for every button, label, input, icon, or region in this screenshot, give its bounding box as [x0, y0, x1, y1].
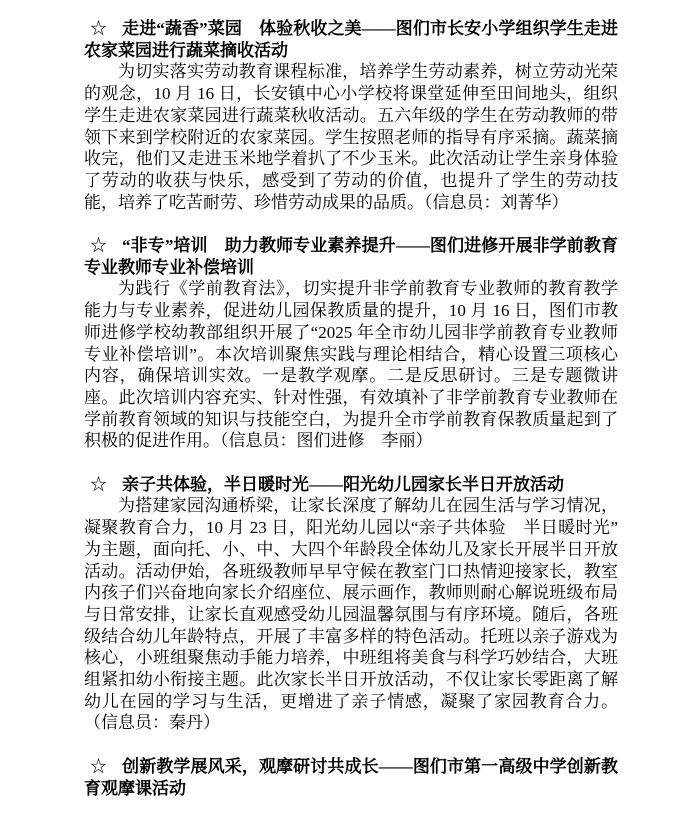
news-article-4: ☆创新教学展风采，观摩研讨共成长——图们市第一高级中学创新教育观摩课活动	[84, 756, 618, 799]
headline-text: “非专”培训 助力教师专业素养提升——图们进修开展非学前教育专业教师专业补偿培训	[84, 236, 618, 277]
article-body: 为搭建家园沟通桥梁，让家长深度了解幼儿在园生活与学习情况，凝聚教育合力，10 月…	[84, 495, 618, 734]
headline-text: 走进“蔬香”菜园 体验秋收之美——图们市长安小学组织学生走进农家菜园进行蔬菜摘收…	[84, 19, 618, 60]
article-headline: ☆走进“蔬香”菜园 体验秋收之美——图们市长安小学组织学生走进农家菜园进行蔬菜摘…	[84, 18, 618, 61]
article-body: 为切实落实劳动教育课程标准，培养学生劳动素养，树立劳动光荣的观念，10 月 16…	[84, 61, 618, 213]
headline-text: 亲子共体验，半日暖时光——阳光幼儿园家长半日开放活动	[122, 475, 564, 494]
news-article-3: ☆亲子共体验，半日暖时光——阳光幼儿园家长半日开放活动 为搭建家园沟通桥梁，让家…	[84, 474, 618, 734]
headline-text: 创新教学展风采，观摩研讨共成长——图们市第一高级中学创新教育观摩课活动	[84, 757, 618, 798]
article-headline: ☆亲子共体验，半日暖时光——阳光幼儿园家长半日开放活动	[84, 474, 618, 496]
star-icon: ☆	[84, 235, 107, 257]
article-headline: ☆“非专”培训 助力教师专业素养提升——图们进修开展非学前教育专业教师专业补偿培…	[84, 235, 618, 278]
star-icon: ☆	[84, 474, 107, 496]
star-icon: ☆	[84, 18, 107, 40]
star-icon: ☆	[84, 756, 107, 778]
news-article-2: ☆“非专”培训 助力教师专业素养提升——图们进修开展非学前教育专业教师专业补偿培…	[84, 235, 618, 452]
article-body: 为践行《学前教育法》，切实提升非学前教育专业教师的教育教学能力与专业素养，促进幼…	[84, 278, 618, 452]
news-article-1: ☆走进“蔬香”菜园 体验秋收之美——图们市长安小学组织学生走进农家菜园进行蔬菜摘…	[84, 18, 618, 213]
document-page: ☆走进“蔬香”菜园 体验秋收之美——图们市长安小学组织学生走进农家菜园进行蔬菜摘…	[84, 18, 618, 799]
article-headline: ☆创新教学展风采，观摩研讨共成长——图们市第一高级中学创新教育观摩课活动	[84, 756, 618, 799]
